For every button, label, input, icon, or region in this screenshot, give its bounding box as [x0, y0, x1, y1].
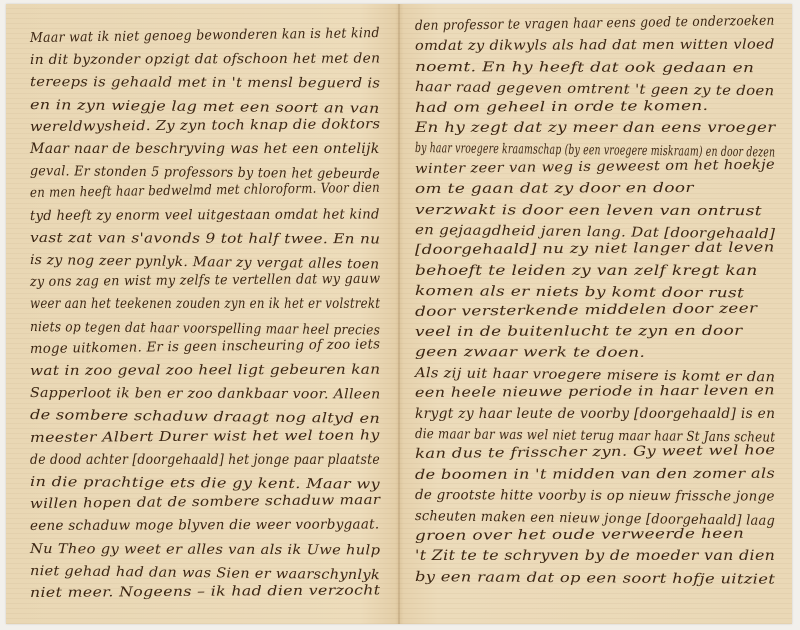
handwritten-line: 't Zit te te schryven by de moeder van d… [415, 548, 775, 564]
handwritten-line: een heele nieuwe periode in haar leven e… [415, 383, 775, 402]
handwritten-line: door versterkende middelen door zeer [415, 300, 758, 320]
handwritten-line: krygt zy haar leute de voorby [doorgehaa… [415, 406, 775, 422]
handwritten-line: den professor te vragen haar eens goed t… [415, 13, 775, 34]
handwritten-line: winter zeer van weg is geweest om het ho… [415, 156, 775, 176]
handwritten-line: groen over het oude verweerde heen [415, 526, 744, 544]
handwritten-line: verzwakt is door een leven van ontrust [415, 202, 762, 219]
handwritten-line: haar raad gegeven omtrent 't geen zy te … [415, 79, 775, 99]
handwritten-line: weer aan het teekenen zouden zyn en ik h… [30, 296, 380, 312]
handwritten-line: Maar wat ik niet genoeg bewonderen kan i… [30, 25, 380, 46]
handwritten-line: komen als er niets by komt door rust [415, 283, 744, 301]
handwritten-line: En hy zegt dat zy meer dan eens vroeger [415, 120, 776, 136]
handwritten-line: de boomen in 't midden van den zomer als [415, 465, 775, 482]
handwritten-line: Sapperloot ik ben er zoo dankbaar voor. … [30, 385, 381, 402]
handwritten-line: tyd heeft zy enorm veel uitgestaan omdat… [30, 206, 380, 224]
handwritten-line: vast zat van s'avonds 9 tot half twee. E… [30, 230, 380, 247]
handwritten-line: de grootste hitte voorby is op nieuw fri… [415, 487, 775, 505]
handwritten-line: Nu Theo gy weet er alles van als ik Uwe … [30, 541, 380, 558]
handwritten-line: in dit byzonder opzigt dat ofschoon het … [30, 51, 380, 68]
handwritten-line: willen hopen dat de sombere schaduw maar [30, 492, 381, 512]
handwritten-line: wat in zoo geval zoo heel ligt gebeuren … [30, 362, 380, 379]
handwritten-line: wereldwysheid. Zy zyn toch knap die dokt… [30, 116, 380, 135]
handwritten-line: niet gehad had dan was Sien er waarschyn… [30, 563, 380, 583]
handwritten-line: behoeft te leiden zy van zelf kregt kan [415, 263, 758, 279]
handwritten-line: de sombere schaduw draagt nog altyd en [30, 407, 380, 427]
handwritten-line: is zy nog zeer pynlyk. Maar zy vergat al… [30, 252, 380, 272]
handwritten-line: zy ons zag en wist my zelfs te vertellen… [30, 271, 380, 290]
handwritten-line: eene schaduw moge blyven die weer voorby… [30, 517, 380, 535]
left-page: Maar wat ik niet genoeg bewonderen kan i… [6, 4, 399, 624]
handwritten-line: tereeps is gehaald met in 't mensl begue… [30, 74, 380, 91]
handwritten-line: en men heeft haar bedwelmd met chlorofor… [30, 180, 380, 201]
handwritten-line: niet meer. Nogeens – ik had dien verzoch… [30, 582, 381, 601]
handwritten-line: Maar naar de beschryving was het een ont… [30, 141, 380, 157]
handwritten-line: niets op tegen dat haar voorspelling maa… [30, 319, 380, 338]
handwritten-line: geen zwaar werk te doen. [415, 344, 645, 361]
handwritten-line: veel in de buitenlucht te zyn en door [415, 323, 743, 340]
handwritten-line: kan dus te frisscher zyn. Gy weet wel ho… [415, 442, 776, 462]
handwritten-line: de dood achter [doorgehaald] het jonge p… [30, 452, 380, 468]
handwritten-line: moge uitkomen. Er is geen inscheuring of… [30, 336, 380, 357]
handwritten-line: [doorgehaald] nu zy niet langer dat leve… [415, 240, 775, 259]
right-page: den professor te vragen haar eens goed t… [399, 4, 792, 624]
handwritten-line: omdat zy dikwyls als had dat men witten … [415, 37, 775, 54]
handwritten-line: by een raam dat op een soort hofje uitzi… [415, 569, 775, 588]
handwritten-line: om te gaan dat zy door en door [415, 180, 694, 197]
handwritten-line: had om geheel in orde te komen. [415, 98, 709, 116]
handwritten-line: in die prachtige ets die gy kent. Maar w… [30, 474, 380, 493]
handwritten-line: noemt. En hy heeft dat ook gedaan en [415, 59, 754, 76]
handwritten-line: meester Albert Durer wist het wel toen h… [30, 427, 380, 446]
letter-sheet: Maar wat ik niet genoeg bewonderen kan i… [6, 4, 792, 624]
handwritten-line: en in zyn wiegje lag met een soort an va… [30, 97, 380, 117]
